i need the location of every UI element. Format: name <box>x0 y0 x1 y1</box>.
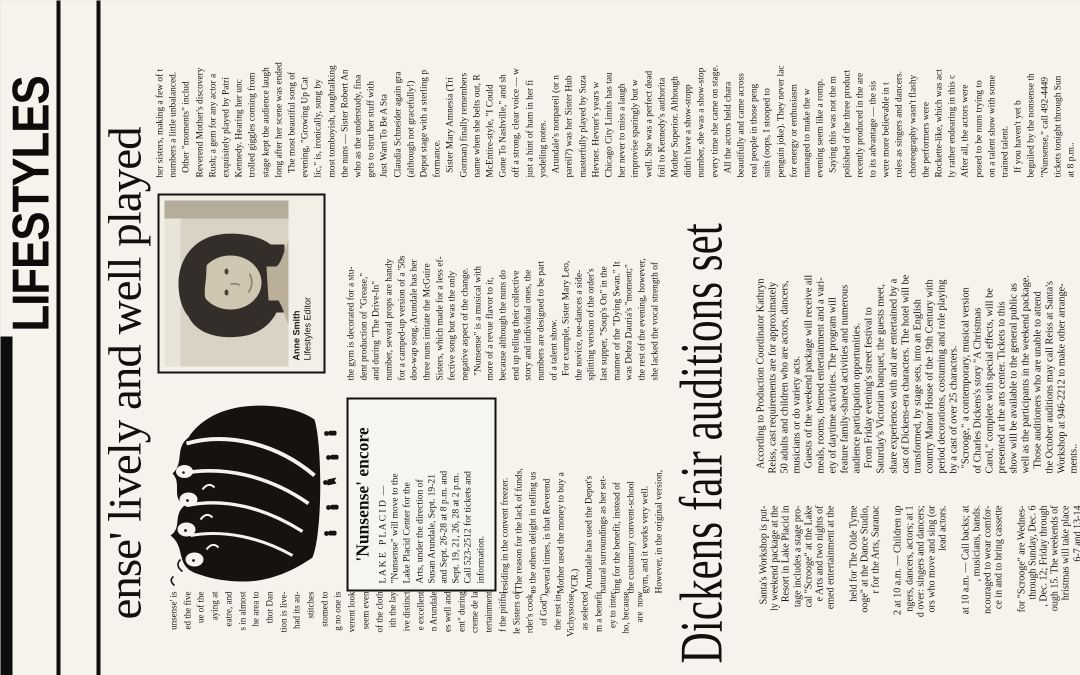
column-line: e excellent <box>414 591 428 675</box>
encore-line: Call 523-2512 for tickets and <box>462 405 474 583</box>
column-line: "Nunsense," call 492-4449 <box>1039 0 1052 177</box>
column-line: ngers, dancers, actors; at 1 <box>904 505 915 675</box>
nunsense-headline: ense' lively and well played <box>98 127 152 619</box>
column-line: well as the participants in the weekend … <box>1020 181 1032 473</box>
column-line: didn't have a show-stopp <box>682 0 695 177</box>
column-line: the customary convent-school <box>624 396 638 593</box>
column-line: However, in the original version, <box>652 396 666 593</box>
column-line: her never to miss a laugh <box>616 0 629 177</box>
column-line: Mother Superior. Although <box>669 0 682 177</box>
column-line: Depot stage with a sterling p <box>418 0 431 177</box>
column-line: the gym is decorated for a stu- <box>345 182 358 380</box>
column-line: on a talent show with some <box>986 0 999 177</box>
column-line: because although the nuns do <box>497 182 510 380</box>
column-line: seem even <box>359 591 373 675</box>
column-line: polished of the three product <box>841 0 854 177</box>
encore-box-title: 'Nunsense' encore <box>352 405 373 583</box>
column-line: the nuns — Sister Robert An <box>339 0 352 177</box>
column-line: eatre, and <box>222 591 236 675</box>
column-line: le Sisters of <box>510 591 524 675</box>
column-line: ce in and to bring cassette <box>993 505 1004 675</box>
column-line: (The reason for the lack of funds, <box>512 396 526 593</box>
column-line: period decorations, costuming and role p… <box>936 181 948 473</box>
column-line: who as the understudy, fina <box>352 0 365 177</box>
column-line: of a talent show. <box>548 182 561 380</box>
column-line: 50 adults and children who are actors, d… <box>779 181 791 473</box>
column-line: Gone To Nashville," and sh <box>497 0 510 177</box>
column-line: e Arts and two nights of <box>814 505 825 675</box>
column-line: After all, the actors were <box>959 0 972 177</box>
portrait-graphic <box>164 200 288 366</box>
column-line <box>881 505 892 675</box>
column-line: splitting version of the order's <box>585 182 598 380</box>
encore-box-body: L A K E P L A C I D —"Nunsense" will mov… <box>377 405 487 583</box>
encore-line: "Nunsense" will move to the <box>389 405 401 583</box>
column-line: trolled giggles coming from <box>246 0 259 177</box>
newspaper-page: LIFESTYLES ense' lively and well played <box>0 0 1080 675</box>
column-line: ith the lay <box>386 591 400 675</box>
column-line: fective song but was the only <box>446 182 459 380</box>
column-line: cal "Scrooge" at the Lake <box>803 505 814 675</box>
column-line: ho, because <box>619 591 633 675</box>
nunsense-column-1-cropped: unsense' ised the fiveue of theaying ate… <box>167 591 647 675</box>
column-line: If you haven't yet b <box>1012 0 1025 177</box>
column-line: ly weekend package at the <box>769 505 780 675</box>
column-line: ments.. <box>1068 181 1080 473</box>
column-line: , musicians, bands. <box>971 505 982 675</box>
column-line: Arundale's nonpareil (or n <box>550 0 563 177</box>
nunsense-column-4-cropped: her sisters, making a few of tnumbers a … <box>154 0 1078 177</box>
column-line: every time she came on stage. <box>709 0 722 177</box>
column-line: , Dec. 12; Friday through <box>1038 505 1049 675</box>
column-line: last supper, "Soup's On" in the <box>598 182 611 380</box>
column-line: ooge" at the Dance Studio, <box>859 505 870 675</box>
column-line: lic," is, ironically, sung by <box>312 0 325 177</box>
column-line: Claudia Schneider again gra <box>392 0 405 177</box>
column-line: the rest of the evening, however, <box>636 182 649 380</box>
encore-sidebar-box: 'Nunsense' encore L A K E P L A C I D —"… <box>346 397 496 591</box>
column-line: Reiss, cast requirements are for approxi… <box>767 181 779 473</box>
column-line: ting for the benefit, instead of <box>610 396 624 593</box>
column-line: for energy or enthusiasm <box>788 0 801 177</box>
column-line: g no one is <box>331 591 345 675</box>
column-line: are now <box>633 591 647 675</box>
column-line: had its au- <box>290 591 304 675</box>
column-line: exquisitely played by Patri <box>220 0 233 177</box>
column-line: numbers are designed to be part <box>535 182 548 380</box>
column-line: at 10 a.m. — Call backs; at <box>960 505 971 675</box>
dickens-headline: Dickens fair auditions set <box>668 223 734 663</box>
column-line: Other "moments" includ <box>180 0 193 177</box>
column-line: ly rather endearing in this c <box>946 0 959 177</box>
column-line: was Debra Dauria's "moment;" <box>623 182 636 380</box>
column-line: m a benefit <box>592 591 606 675</box>
column-line: negative aspect of the change. <box>459 182 472 380</box>
column-line: off a strong, clear voice — w <box>510 0 523 177</box>
column-line: Rush; a gem for any actor a <box>207 0 220 177</box>
column-line: and during "The Drive-In" <box>370 182 383 380</box>
column-line: story and individual ones, the <box>522 182 535 380</box>
column-line: through Sunday, Dec. 6 <box>1027 505 1038 675</box>
column-line: at 8 p.m.. <box>1065 0 1078 177</box>
column-line: lead actors. <box>937 505 948 675</box>
column-line: es well and <box>441 591 455 675</box>
column-line: masterfully played by Suza <box>577 0 590 177</box>
encore-line: Lake Placid Center for the <box>401 405 413 583</box>
section-title: LIFESTYLES <box>0 76 60 331</box>
column-line: as the others delight in telling us <box>526 396 540 593</box>
column-line: presented at the arts center. Tickets to… <box>996 181 1008 473</box>
caption-role: Lifestyles Editor <box>302 200 313 360</box>
column-line: number, several props are handy <box>383 182 396 380</box>
column-line: tion is live- <box>277 591 291 675</box>
column-line: stomed to <box>318 591 332 675</box>
column-line: ough 15. The weekends of <box>1049 505 1060 675</box>
column-line: for a camped-up version of a '50s <box>396 182 409 380</box>
caption-name: Anne Smith <box>291 200 302 360</box>
column-line: beguiled by the nonsense th <box>1025 0 1038 177</box>
column-line: 6-7 and 13-14 <box>1072 505 1080 675</box>
column-line: trained talent. <box>999 0 1012 177</box>
column-line: residing in the convent freezer. <box>498 396 512 593</box>
column-line: r for the Arts, Saranac <box>870 505 881 675</box>
column-line: several times, is that Reverend <box>540 396 554 593</box>
column-line: of the cloth <box>373 591 387 675</box>
column-line: According to Production Coordinator Kath… <box>755 181 767 473</box>
scanned-newspaper-screenshot: LIFESTYLES ense' lively and well played <box>0 0 1080 675</box>
column-line: feature family-shared activities and num… <box>839 181 851 473</box>
column-line: Gorman) finally remembers <box>458 0 471 177</box>
column-line: audience participation opportunities. <box>851 181 863 473</box>
column-line: Reverend Mother's discovery <box>194 0 207 177</box>
column-line: share experiences with and are entertain… <box>888 181 900 473</box>
column-line: pareil?) was her Sister Hub <box>563 0 576 177</box>
column-line: Workshop at 946-2212 to make other arran… <box>1056 181 1068 473</box>
column-line: end up telling their collective <box>510 182 523 380</box>
column-line: ncouraged to wear comfor- <box>982 505 993 675</box>
encore-line: Susan Arundale, Sept. 19-21 <box>426 405 438 583</box>
column-line: ed the five <box>181 591 195 675</box>
column-line: Kennedy. Hearing her unc <box>233 0 246 177</box>
column-line: gym, and it works very well. <box>638 396 652 593</box>
column-line: Vichyssoise. <box>564 591 578 675</box>
column-line: Sister Mary Amnesia (Tri <box>444 0 457 177</box>
masthead-rule-upper <box>56 0 60 675</box>
column-line: well. She was a perfect dead <box>643 0 656 177</box>
page-edge-bar <box>0 336 12 675</box>
column-line: Chicago City Limits has tau <box>603 0 616 177</box>
column-line: suits (oops, I stooped to <box>761 0 774 177</box>
column-line: Hevner. Hevner's years w <box>590 0 603 177</box>
column-line: Resort in Lake Placid in <box>780 505 791 675</box>
column-line: aying at <box>208 591 222 675</box>
column-line: recently produced in the are <box>854 0 867 177</box>
column-line: roles as singers and dancers. <box>893 0 906 177</box>
column-line: cast of Dickens-era characters. The hote… <box>900 181 912 473</box>
column-line: manner of the "Dying Swan." It <box>611 182 624 380</box>
column-line: show will be available to the general pu… <box>1008 181 1020 473</box>
column-line: evening, "Growing Up Cat <box>299 0 312 177</box>
column-line: "Scrooge," a contemporary, musical versi… <box>960 181 972 473</box>
photo-caption: Anne Smith Lifestyles Editor <box>291 200 313 360</box>
column-line: gets to strut her stuff with <box>365 0 378 177</box>
column-line: d over: singers and dancers; <box>915 505 926 675</box>
column-line <box>948 505 959 675</box>
nuns-silhouette-graphic <box>162 397 340 595</box>
column-line: country Manor House of the 19th Century … <box>924 181 936 473</box>
column-line: name when she belts out, R <box>471 0 484 177</box>
column-line: tickets tonight through Sun <box>1052 0 1065 177</box>
column-line <box>1004 505 1015 675</box>
column-line: thor Dan <box>263 591 277 675</box>
column-line: Rockette-like, which was act <box>933 0 946 177</box>
encore-line: Arts, under the direction of <box>414 405 426 583</box>
encore-line: Sept. 19, 21, 26, 28 at 2 p.m. <box>450 405 462 583</box>
column-line: managed to make the w <box>801 0 814 177</box>
column-line: meals, rooms, themed entertainment and a… <box>815 181 827 473</box>
column-line: choreography wasn't flashy <box>907 0 920 177</box>
column-line: Mother used the money to buy a <box>554 396 568 593</box>
column-line: formance. <box>431 0 444 177</box>
column-line: three nuns imitate the McGuire <box>421 182 434 380</box>
column-line: Santa's Workshop is put- <box>758 505 769 675</box>
column-line: ey to inter <box>606 591 620 675</box>
column-line: held for The Olde Tyme <box>848 505 859 675</box>
encore-line: and Sept. 26-28 at 8 p.m. and <box>438 405 450 583</box>
column-line: most tomboyish, toughtalking <box>326 0 339 177</box>
column-line: emed entertainment at the <box>825 505 836 675</box>
column-line: to its advantage — the sis <box>867 0 880 177</box>
column-line: McEntire-style, "I Could <box>484 0 497 177</box>
column-line: hristmas will take place <box>1060 505 1071 675</box>
column-line: as selected <box>578 591 592 675</box>
dancing-nuns-illustration <box>162 397 340 595</box>
column-line: for "Scrooge" are Wednes- <box>1016 505 1027 675</box>
column-line: s in almost <box>236 591 250 675</box>
column-line: f the pitiful <box>496 591 510 675</box>
column-line: improvise sparingly but w <box>629 0 642 177</box>
column-line: penguin joke). They never lac <box>775 0 788 177</box>
column-line: of Charles Dickens's story "A Christmas <box>972 181 984 473</box>
column-line: evening seem like a romp. <box>814 0 827 177</box>
column-line: the novice, toe-dances a side- <box>573 182 586 380</box>
dickens-column-1-cropped: Santa's Workshop is put-ly weekend packa… <box>758 505 1080 675</box>
column-line: ive distinct <box>400 591 414 675</box>
column-line: Just Want To Be A Sta <box>378 0 391 177</box>
nunsense-column-2: residing in the convent freezer.(The rea… <box>498 396 666 593</box>
column-line: just a hint of ham in her fi <box>524 0 537 177</box>
column-line: Arundale has used the Depot's <box>582 396 596 593</box>
column-line: he area to <box>249 591 263 675</box>
column-line: foil to Kennedy's authorita <box>656 0 669 177</box>
column-line: doo-wap song. Arundale has her <box>408 182 421 380</box>
column-line: numbers a little unbalanced. <box>167 0 180 177</box>
column-line: Saying this was not the m <box>827 0 840 177</box>
column-line: Guests of the weekend package will recei… <box>803 181 815 473</box>
column-line: the rest in- <box>551 591 565 675</box>
column-line: Those auditioners who are unable to atte… <box>1032 181 1044 473</box>
column-line: n Arundale <box>427 591 441 675</box>
column-line: 2 at 10 a.m. — Children up <box>892 505 903 675</box>
column-line: The most beautiful song of <box>286 0 299 177</box>
column-line: unsense' is <box>167 591 181 675</box>
column-line: long after her scene was ended <box>273 0 286 177</box>
column-line: (although not gracefully!) <box>405 0 418 177</box>
column-line: more of a revue flavor to it, <box>484 182 497 380</box>
column-line: the October auditions may call Reiss at … <box>1044 181 1056 473</box>
dickens-column-2: According to Production Coordinator Kath… <box>755 181 1080 473</box>
anne-smith-photo <box>164 200 288 366</box>
column-line: posed to be nuns trying to <box>973 0 986 177</box>
column-line: by a cast of over 25 characters. <box>948 181 960 473</box>
column-line: creme de la <box>468 591 482 675</box>
column-line: her sisters, making a few of t <box>154 0 167 177</box>
column-line: All the actors held chara <box>722 0 735 177</box>
nunsense-column-3: the gym is decorated for a stu-dent prod… <box>345 182 661 380</box>
column-line: the performers were <box>920 0 933 177</box>
column-line: Sisters, which made for a less ef- <box>434 182 447 380</box>
column-line: stitches <box>304 591 318 675</box>
column-line: of God"), <box>537 591 551 675</box>
column-line: ent" during <box>455 591 469 675</box>
column-line: beautifully and came across <box>735 0 748 177</box>
column-line: real people in those peng <box>748 0 761 177</box>
column-line: natural surroundings as her set- <box>596 396 610 593</box>
column-line: she lacked the vocal strength of <box>649 182 662 380</box>
column-line: "Nunsense" is a musical with <box>472 182 485 380</box>
column-line: Carol," complete with special effects, w… <box>984 181 996 473</box>
column-line: For example, Sister Mary Leo, <box>560 182 573 380</box>
column-line: stage kept the audience laugh <box>260 0 273 177</box>
column-line: yodeling notes. <box>537 0 550 177</box>
column-line: ue of the <box>194 591 208 675</box>
column-line: rder's cook, <box>523 591 537 675</box>
column-line: From Friday evening's street festival to <box>863 181 875 473</box>
column-line: dent production of "Grease," <box>358 182 371 380</box>
column-line <box>836 505 847 675</box>
column-line: ors who move and sing (or <box>926 505 937 675</box>
column-line: number, she was a show-stop <box>695 0 708 177</box>
column-line: verent look <box>345 591 359 675</box>
encore-line: L A K E P L A C I D — <box>377 405 389 583</box>
encore-line: information. <box>475 405 487 583</box>
column-line: were more believable in t <box>880 0 893 177</box>
column-line: ety of daytime activities. The program w… <box>827 181 839 473</box>
column-line: tage includes a stage pro- <box>792 505 803 675</box>
editor-photo-frame: Anne Smith Lifestyles Editor <box>157 193 325 373</box>
column-line: musicians or do variety acts. <box>791 181 803 473</box>
column-line: tertainment <box>482 591 496 675</box>
column-line: transformed, by stage sets, into an Engl… <box>912 181 924 473</box>
column-line: Saturday's Victorian banquet, the guests… <box>875 181 887 473</box>
column-line: VCR.) <box>568 396 582 593</box>
